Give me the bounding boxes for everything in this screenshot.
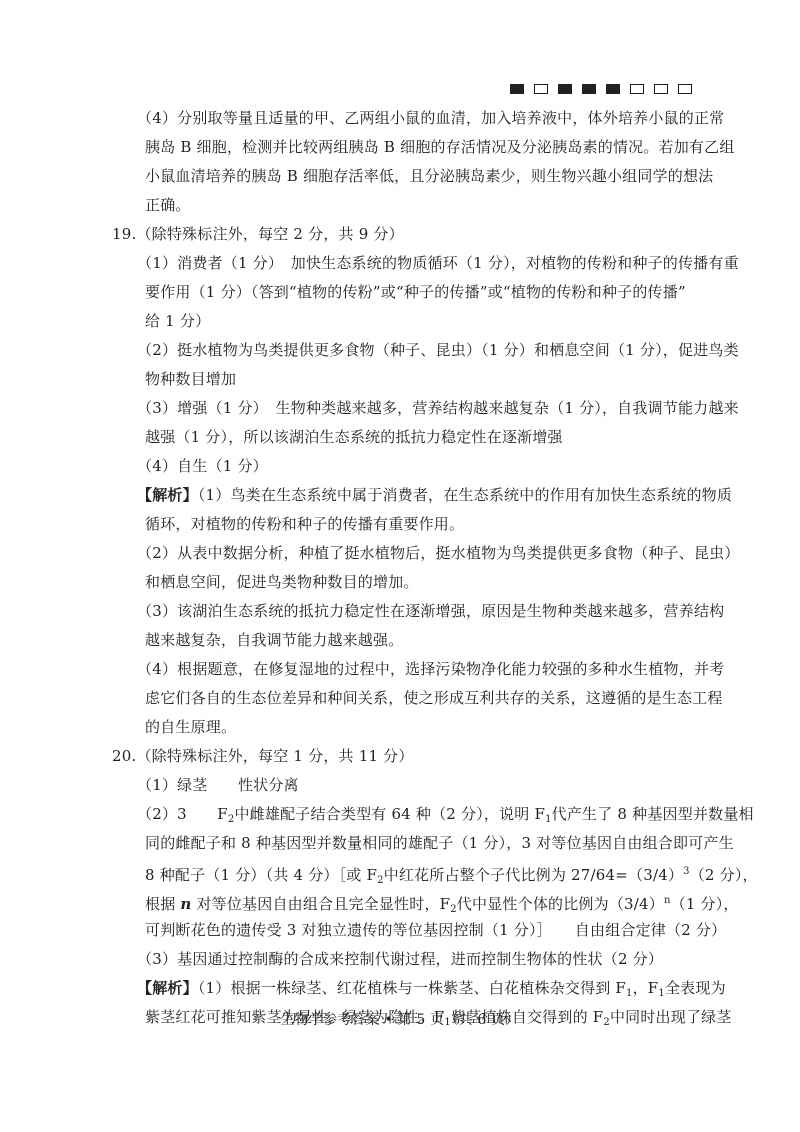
q20-answer-2: 8 种配子（1 分）（共 4 分）［或 F2中红花所占整个子代比例为 27/64… — [145, 863, 758, 890]
q19-analysis-4: 虑它们各自的生态位差异和种间关系，使之形成互利共存的关系，这遵循的是生态工程 — [145, 689, 723, 707]
filled-square-icon — [558, 84, 572, 94]
q20-answer-2: （2）3 F2中雌雄配子结合类型有 64 种（2 分），说明 F1代产生了 8 … — [137, 805, 754, 829]
q19-answer-1: 要作用（1 分）（答到“植物的传粉”或“种子的传播”或“植物的传粉和种子的传播” — [145, 283, 686, 301]
q19-analysis-2: （2）从表中数据分析，种植了挺水植物后，挺水植物为鸟类提供更多食物（种子、昆虫） — [137, 544, 740, 562]
q20-answer-2: 可判断花色的遗传受 3 对独立遗传的等位基因控制（1 分）］ 自由组合定律（2 … — [145, 921, 726, 939]
q19-answer-1: （1）消费者（1 分） 加快生态系统的物质循环（1 分），对植物的传粉和种子的传… — [137, 254, 739, 272]
q19-heading: 19.（除特殊标注外，每空 2 分，共 9 分） — [112, 225, 404, 243]
q19-analysis-4: 的自生原理。 — [145, 718, 236, 736]
filled-square-icon — [510, 84, 524, 94]
analysis-label: 【解析】 — [137, 979, 198, 997]
q19-analysis-1: 【解析】（1）鸟类在生态系统中属于消费者，在生态系统中的作用有加快生态系统的物质 — [137, 486, 732, 504]
q19-analysis-1: 循环，对植物的传粉和种子的传播有重要作用。 — [145, 515, 464, 533]
q19-answer-2: 物种数目增加 — [145, 370, 236, 388]
analysis-label: 【解析】 — [137, 486, 198, 504]
q18-answer-4-line: 胰岛 B 细胞，检测并比较两组胰岛 B 细胞的存活情况及分泌胰岛素的情况。若加有… — [145, 138, 735, 156]
filled-square-icon — [606, 84, 620, 94]
q20-analysis-1: 【解析】（1）根据一株绿茎、红花植株与一株紫茎、白花植株杂交得到 F1，F1全表… — [137, 979, 726, 1003]
progress-marks — [510, 84, 692, 94]
q19-answer-2: （2）挺水植物为鸟类提供更多食物（种子、昆虫）（1 分）和栖息空间（1 分），促… — [137, 341, 739, 359]
q19-analysis-3: 越来越复杂，自我调节能力越来越强。 — [145, 631, 403, 649]
q19-answer-3: （3）增强（1 分） 生物种类越来越多，营养结构越来越复杂（1 分），自我调节能… — [137, 399, 739, 417]
q18-answer-4-line: 小鼠血清培养的胰岛 B 细胞存活率低，且分泌胰岛素少，则生物兴趣小组同学的想法 — [145, 167, 713, 185]
q18-answer-4-line: （4）分别取等量且适量的甲、乙两组小鼠的血清，加入培养液中，体外培养小鼠的正常 — [137, 109, 724, 127]
q19-answer-3: 越强（1 分），所以该湖泊生态系统的抵抗力稳定性在逐渐增强 — [145, 428, 563, 446]
q20-answer-2: 同的雌配子和 8 种基因型并数量相同的雄配子（1 分），3 对等位基因自由组合即… — [145, 834, 734, 852]
filled-square-icon — [582, 84, 596, 94]
q18-answer-4-line: 正确。 — [145, 196, 191, 214]
q20-heading: 20.（除特殊标注外，每空 1 分，共 11 分） — [112, 747, 414, 765]
page-footer: 生物学参考答案 • 第 5 页（共 6 页） — [0, 1011, 800, 1029]
empty-square-icon — [678, 84, 692, 94]
q20-answer-2: 根据 n 对等位基因自由组合且完全显性时，F2代中显性个体的比例为（3/4）n（… — [145, 892, 739, 919]
empty-square-icon — [654, 84, 668, 94]
q19-analysis-4: （4）根据题意，在修复湿地的过程中，选择污染物净化能力较强的多种水生植物，并考 — [137, 660, 724, 678]
q19-answer-1: 给 1 分） — [145, 312, 210, 330]
empty-square-icon — [534, 84, 548, 94]
q19-answer-4: （4）自生（1 分） — [137, 457, 268, 475]
q20-answer-3: （3）基因通过控制酶的合成来控制代谢过程，进而控制生物体的性状（2 分） — [137, 950, 663, 968]
q19-analysis-3: （3）该湖泊生态系统的抵抗力稳定性在逐渐增强，原因是生物种类越来越多，营养结构 — [137, 602, 724, 620]
q19-analysis-2: 和栖息空间，促进鸟类物种数目的增加。 — [145, 573, 419, 591]
q20-answer-1: （1）绿茎 性状分离 — [137, 776, 299, 794]
document-page: （4）分别取等量且适量的甲、乙两组小鼠的血清，加入培养液中，体外培养小鼠的正常 … — [0, 0, 800, 1132]
empty-square-icon — [630, 84, 644, 94]
